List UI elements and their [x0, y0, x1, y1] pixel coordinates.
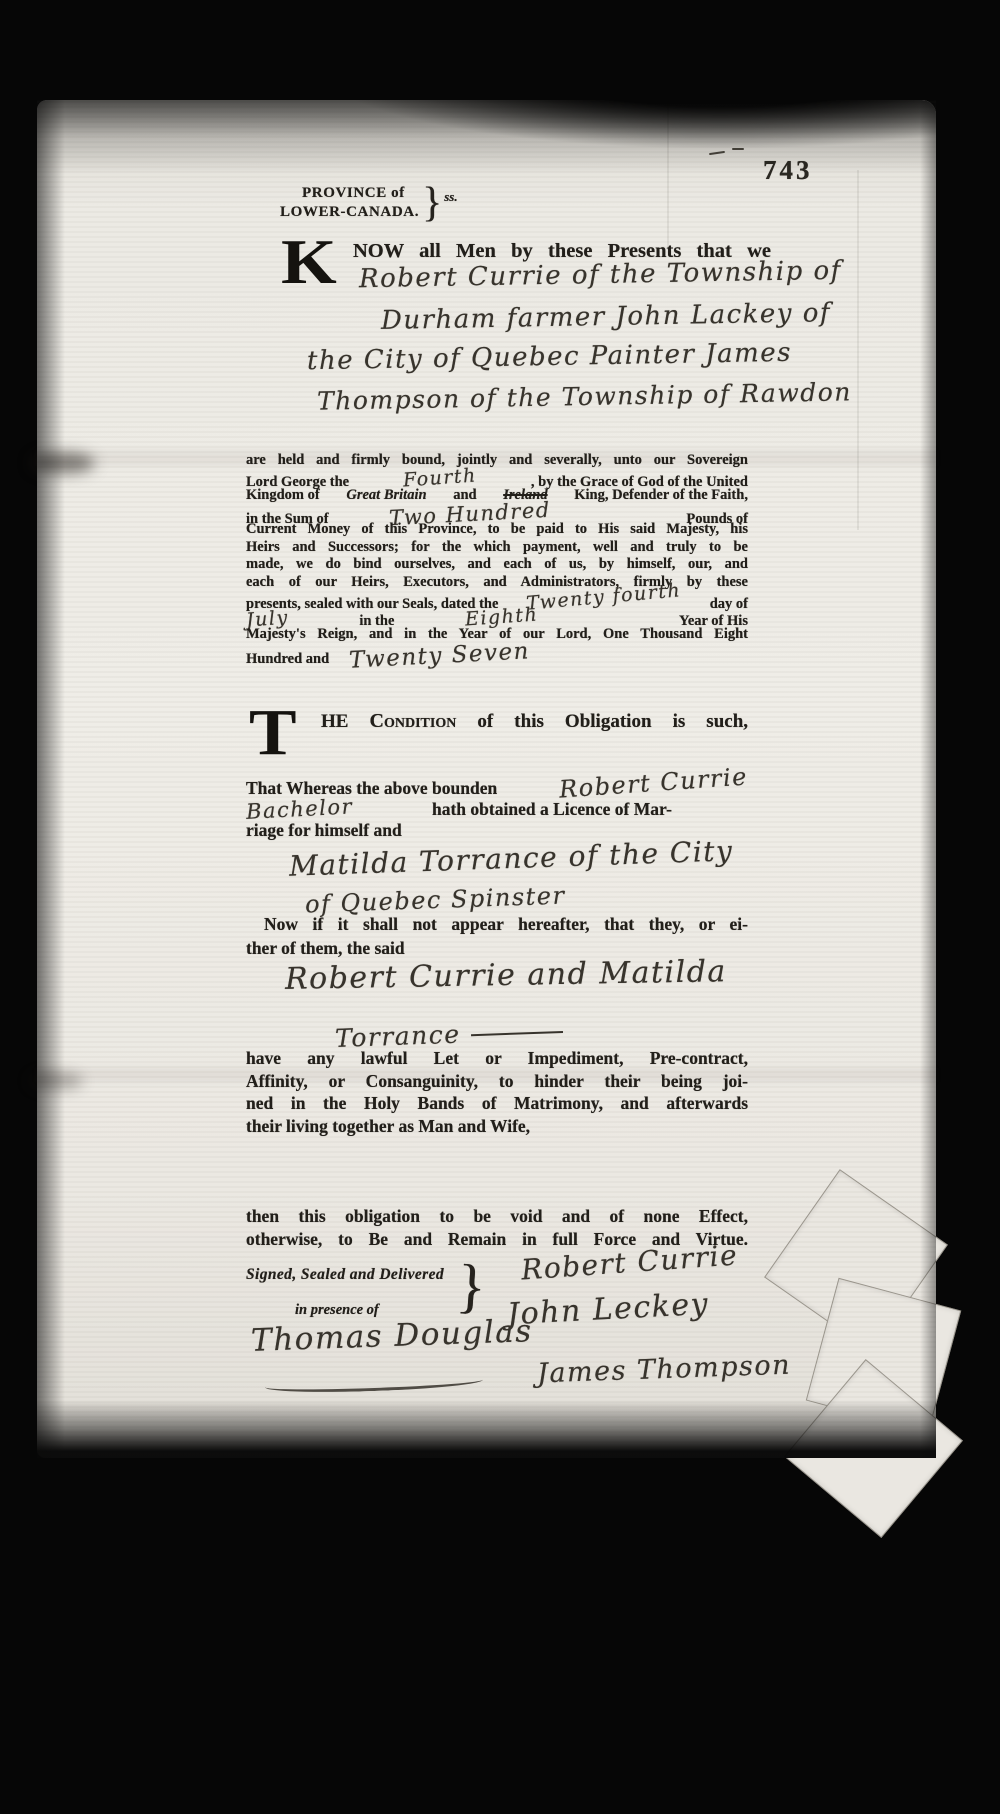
bond-line: Heirs and Successors; for the which paym…: [246, 539, 748, 556]
bond-text: Kingdom of: [246, 487, 320, 504]
closing-line: then this obligation to be void and of n…: [246, 1206, 748, 1227]
province-line1: PROVINCE of: [280, 184, 419, 203]
handwritten-bride-line: of Quebec Spinster: [305, 881, 566, 918]
scanned-document-view: 743 PROVINCE of LOWER-CANADA. } ss. K NO…: [0, 0, 1000, 1814]
condition-line: their living together as Man and Wife,: [246, 1116, 748, 1137]
handwritten-parties-line: the City of Quebec Painter James: [307, 338, 792, 376]
handwritten-couple-names: Robert Currie and Matilda: [285, 954, 727, 997]
condition-line: ned in the Holy Bands of Matrimony, and …: [246, 1093, 748, 1114]
bond-line: are held and firmly bound, jointly and s…: [246, 452, 748, 469]
paper-crease: [857, 170, 859, 530]
condition-line: Now if it shall not appear hereafter, th…: [246, 914, 748, 935]
witness-signature: Thomas Douglas: [250, 1313, 533, 1359]
attestation-line: Signed, Sealed and Delivered: [246, 1266, 444, 1284]
pencil-mark: [732, 148, 744, 150]
handwritten-parties-line: Thompson of the Township of Rawdon: [317, 377, 852, 415]
heading-smallcaps: Condition: [370, 710, 457, 732]
attestation-brace: }: [455, 1251, 489, 1322]
condition-line: have any lawful Let or Impediment, Pre-c…: [246, 1048, 748, 1069]
marriage-bond-document: 743 PROVINCE of LOWER-CANADA. } ss. K NO…: [37, 100, 936, 1458]
dropcap-k: K: [281, 236, 337, 288]
bond-line: Hundred and Twenty Seven: [246, 643, 748, 669]
party-signature: John Leckey: [506, 1287, 710, 1333]
condition-heading: HE Condition of this Obligation is such,: [321, 710, 748, 733]
province-header: PROVINCE of LOWER-CANADA. } ss.: [280, 182, 458, 224]
ink-smudge: [29, 1072, 83, 1090]
province-line2: LOWER-CANADA.: [280, 203, 419, 222]
party-signature: James Thompson: [537, 1350, 792, 1390]
bond-line: Current Money of this Province, to be pa…: [246, 521, 748, 538]
bond-text-italic: Great Britain: [346, 487, 426, 504]
bond-line: made, we do bind ourselves, and each of …: [246, 556, 748, 573]
condition-line: Bachelor hath obtained a Licence of Mar-: [246, 796, 748, 820]
pen-dash: [471, 1031, 563, 1036]
signature-flourish: [265, 1372, 483, 1395]
ink-smudge: [31, 452, 95, 474]
handwritten-year: Twenty Seven: [349, 638, 531, 673]
bond-text: Hundred and: [246, 651, 329, 668]
scan-shadow-left: [37, 100, 65, 1458]
dropcap-t: T: [249, 706, 297, 760]
bond-text: King, Defender of the Faith,: [574, 487, 748, 504]
handwritten-parties-line: Durham farmer John Lackey of: [381, 298, 831, 336]
heading-text: HE: [321, 711, 348, 732]
paper-crease: [667, 100, 669, 250]
pencil-mark: [709, 151, 725, 155]
ss-abbreviation: ss.: [444, 189, 457, 205]
condition-text: hath obtained a Licence of Mar-: [432, 799, 672, 820]
folio-number: 743: [763, 155, 813, 186]
condition-line: Affinity, or Consanguinity, to hinder th…: [246, 1071, 748, 1092]
header-brace: }: [422, 182, 442, 224]
handwritten-bride-line: Matilda Torrance of the City: [289, 834, 734, 882]
heading-text: of this Obligation is such,: [477, 711, 748, 732]
attestation-line: in presence of: [295, 1302, 379, 1319]
